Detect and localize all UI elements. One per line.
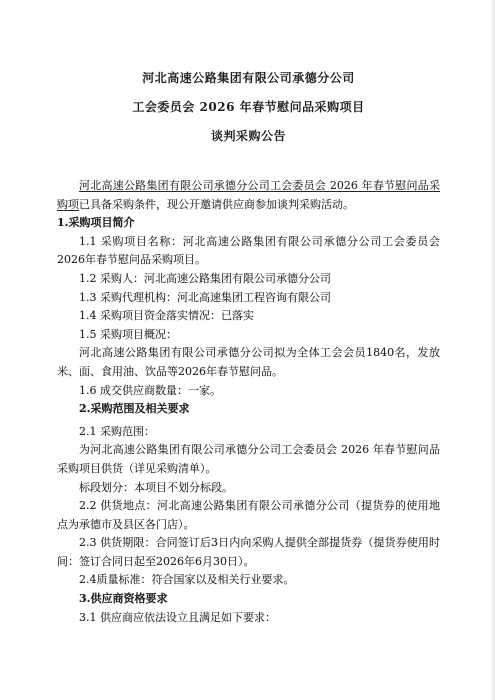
item-1-6-supplier-count: 1.6 成交供应商数量：一家。 [57, 382, 440, 401]
item-2-1-scope-description: 为河北高速公路集团有限公司承德分公司工会委员会 2026 年春节慰问品采购项目供… [57, 441, 440, 478]
title-line-2: 工会委员会 2026 年春节慰问品采购项目 [57, 93, 440, 122]
scan-edge-shadow [490, 0, 495, 700]
item-1-3-agency: 1.3 采购代理机构：河北高速集团工程咨询有限公司 [57, 289, 440, 308]
document-body: 河北高速公路集团有限公司承德分公司工会委员会 2026 年春节慰问品采购项已具备… [57, 177, 440, 627]
item-3-1-supplier-requirements: 3.1 供应商应依法设立且满足如下要求： [57, 609, 440, 628]
item-1-5-overview-label: 1.5 采购项目概况： [57, 326, 440, 345]
title-line-3: 谈判采购公告 [57, 122, 440, 151]
section-1-heading: 1.采购项目简介 [57, 214, 440, 233]
intro-rest-text: 已具备采购条件，现公开邀请供应商参加谈判采购活动。 [79, 198, 354, 211]
intro-paragraph: 河北高速公路集团有限公司承德分公司工会委员会 2026 年春节慰问品采购项已具备… [57, 177, 440, 214]
document-page: 河北高速公路集团有限公司承德分公司 工会委员会 2026 年春节慰问品采购项目 … [0, 0, 495, 700]
item-2-3-delivery-deadline: 2.3 供货期限：合同签订后3日内向采购人提供全部提货券（提货券使用时间：签订合… [57, 534, 440, 571]
item-1-5-overview-description: 河北高速公路集团有限公司承德分公司拟为全体工会会员1840名，发放米、面、食用油… [57, 344, 440, 381]
item-1-4-funding: 1.4 采购项目资金落实情况：已落实 [57, 307, 440, 326]
item-1-1-project-name: 1.1 采购项目名称：河北高速公路集团有限公司承德分公司工会委员会2026年春节… [57, 233, 440, 270]
item-2-4-quality-standard: 2.4质量标准：符合国家以及相关行业要求。 [57, 571, 440, 590]
item-2-1-scope-label: 2.1 采购范围： [57, 423, 440, 442]
section-2-heading: 2.采购范围及相关要求 [57, 400, 440, 419]
document-title: 河北高速公路集团有限公司承德分公司 工会委员会 2026 年春节慰问品采购项目 … [57, 64, 440, 151]
item-1-2-purchaser: 1.2 采购人：河北高速公路集团有限公司承德分公司 [57, 270, 440, 289]
title-line-1: 河北高速公路集团有限公司承德分公司 [57, 64, 440, 93]
page-content: 河北高速公路集团有限公司承德分公司 工会委员会 2026 年春节慰问品采购项目 … [57, 64, 440, 627]
item-2-2-delivery-location: 2.2 供货地点：河北高速公路集团有限公司承德分公司（提货券的使用地点为承德市及… [57, 497, 440, 534]
section-3-heading: 3.供应商资格要求 [57, 590, 440, 609]
item-2-1-lot-division: 标段划分：本项目不划分标段。 [57, 479, 440, 498]
